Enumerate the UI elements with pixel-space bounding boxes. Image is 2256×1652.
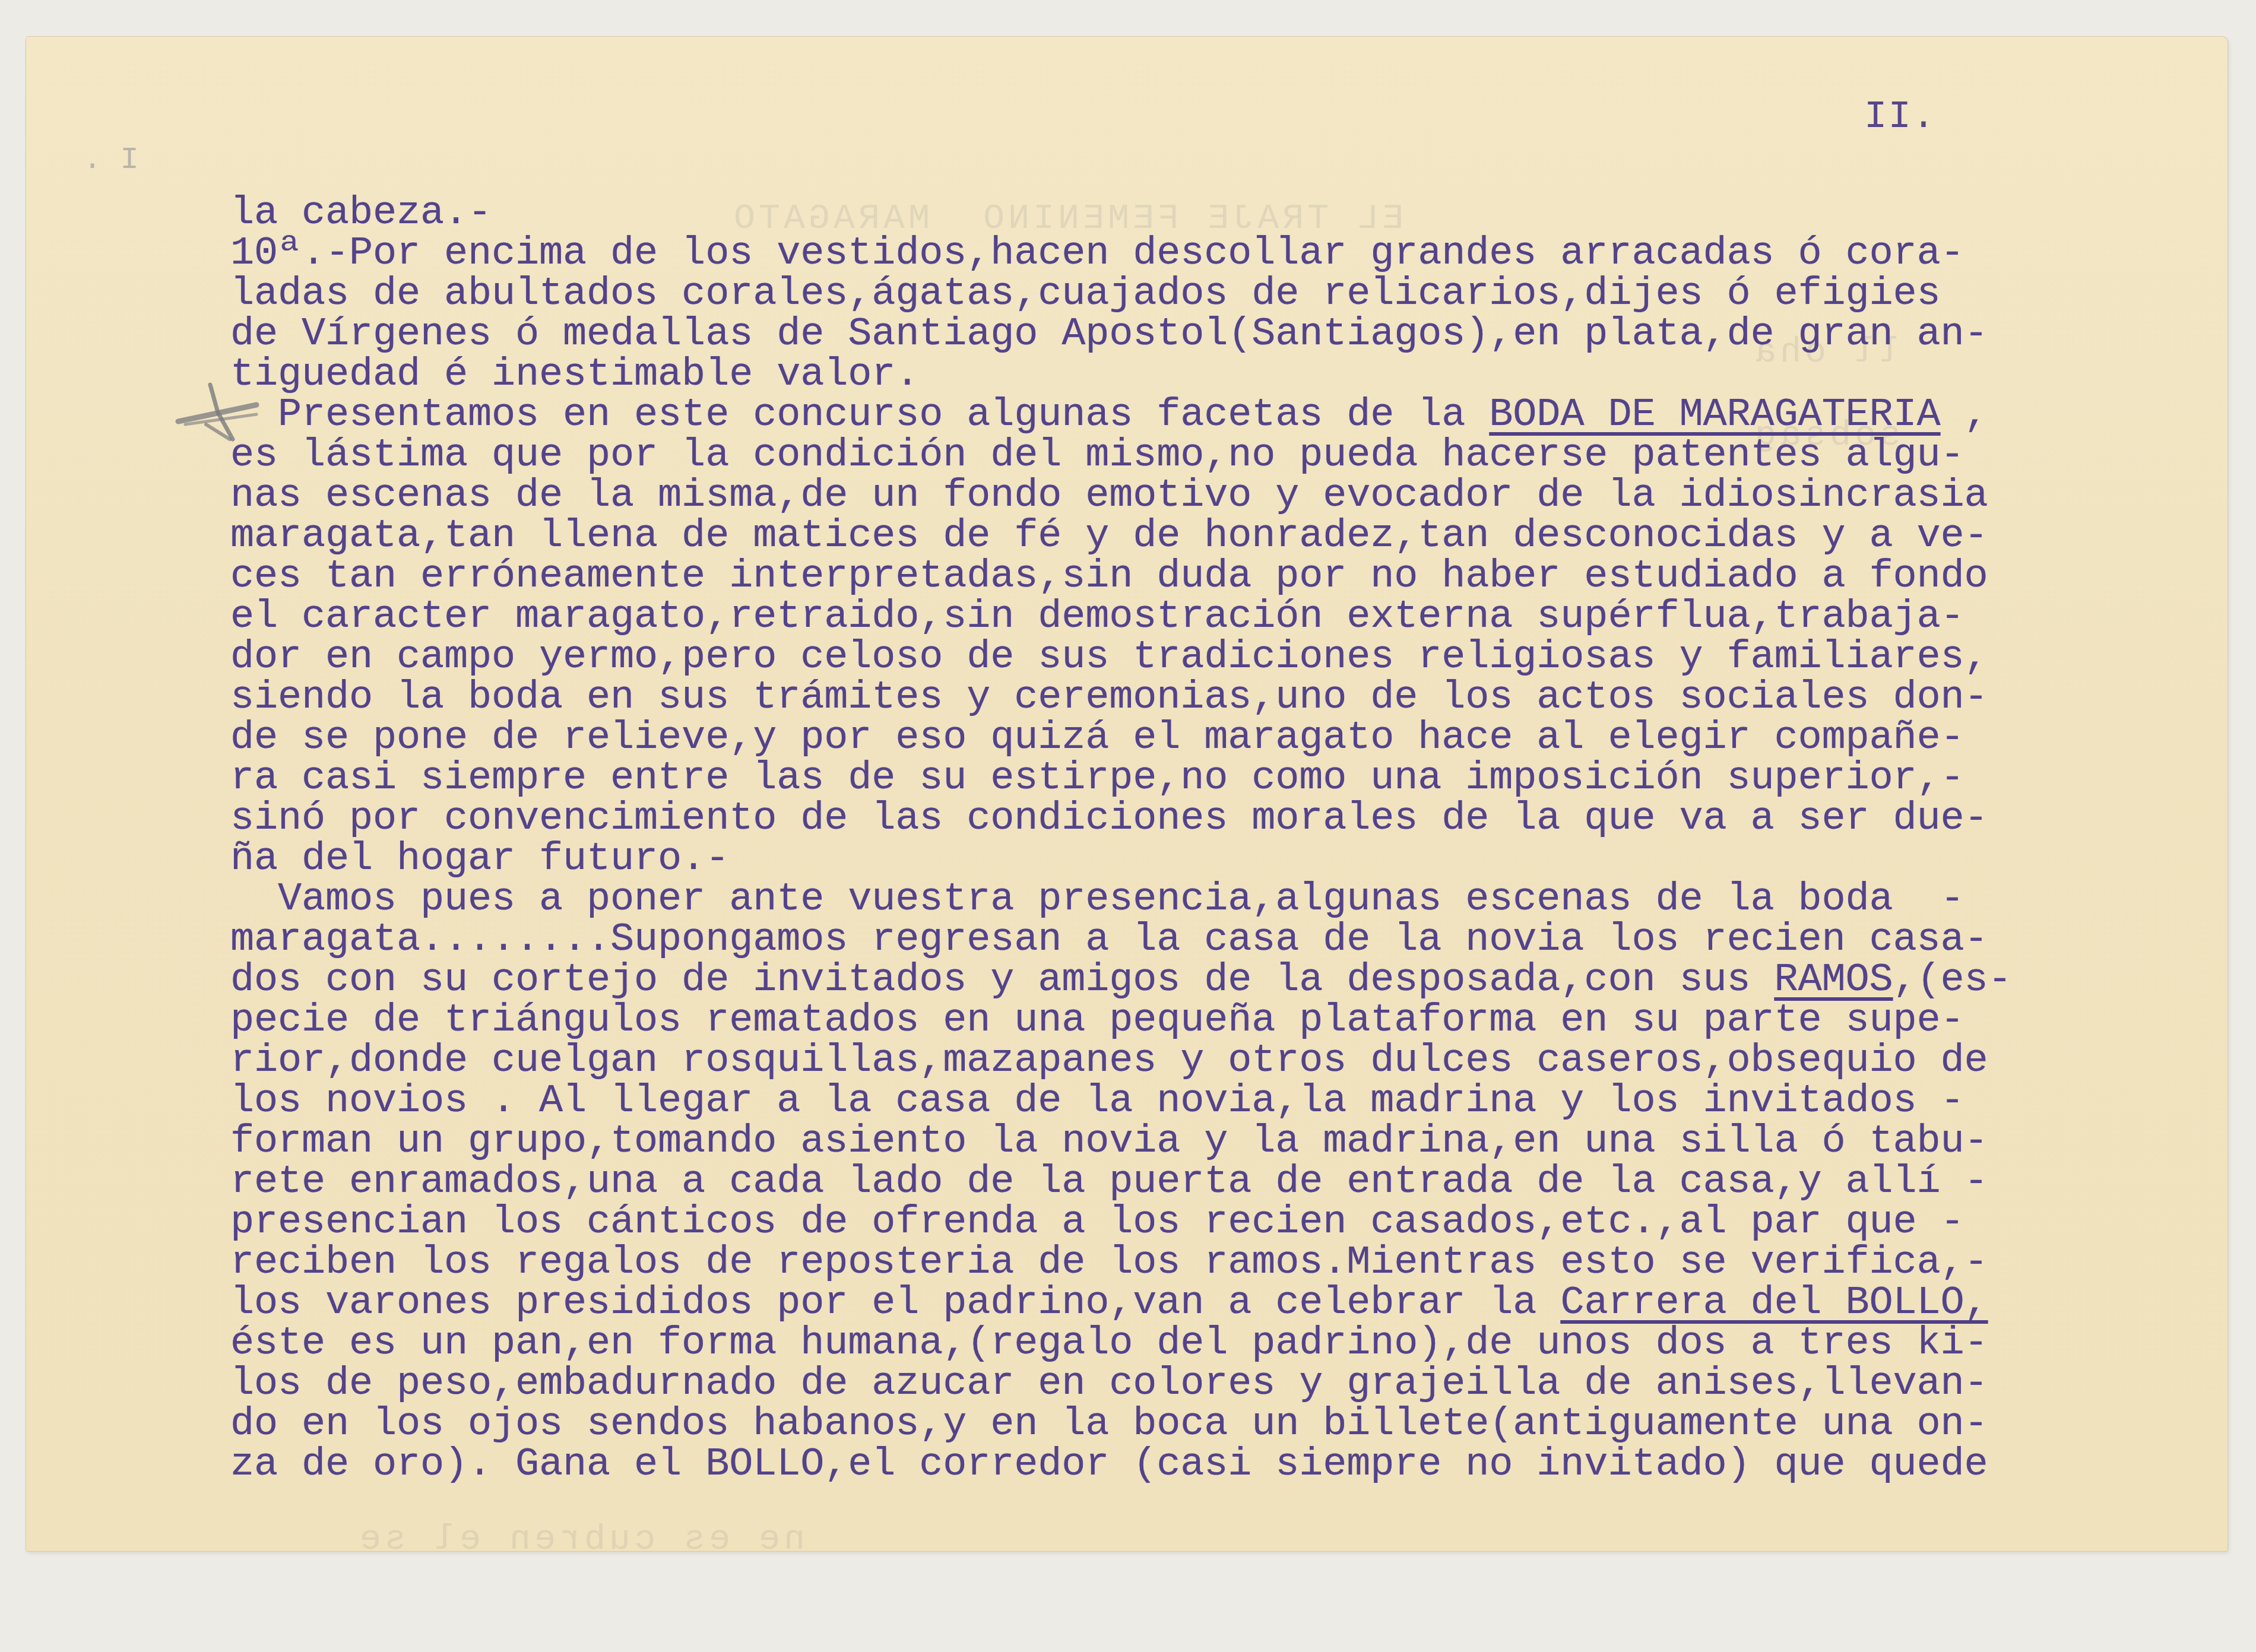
- text-line: los varones presididos por el padrino,va…: [230, 1283, 2071, 1323]
- text-segment: los novios . Al llegar a la casa de la n…: [230, 1079, 1964, 1124]
- text-line: de se pone de relieve,y por eso quizá el…: [230, 718, 2071, 758]
- text-line: reciben los regalos de reposteria de los…: [230, 1242, 2071, 1283]
- text-segment: maragata........Supongamos regresan a la…: [230, 917, 1988, 962]
- underlined-term: Carrera del BOLLO,: [1560, 1280, 1988, 1326]
- margin-fragment: . I: [83, 142, 139, 177]
- text-segment: de Vírgenes ó medallas de Santiago Apost…: [230, 312, 1988, 357]
- text-line: Vamos pues a poner ante vuestra presenci…: [230, 879, 2071, 919]
- text-segment: de se pone de relieve,y por eso quizá el…: [230, 715, 1964, 760]
- text-segment: za de oro). Gana el BOLLO,el corredor (c…: [230, 1442, 1988, 1487]
- page-number: II.: [1864, 96, 1936, 139]
- text-line: éste es un pan,en forma humana,(regalo d…: [230, 1323, 2071, 1364]
- text-segment: la cabeza.-: [230, 191, 492, 236]
- text-segment: presencian los cánticos de ofrenda a los…: [230, 1200, 1964, 1245]
- text-segment: nas escenas de la misma,de un fondo emot…: [230, 473, 1988, 518]
- text-segment: rior,donde cuelgan rosquillas,mazapanes …: [230, 1038, 1988, 1083]
- text-line: presencian los cánticos de ofrenda a los…: [230, 1202, 2071, 1242]
- text-line: ladas de abultados corales,ágatas,cuajad…: [230, 274, 2071, 314]
- text-segment: los varones presididos por el padrino,va…: [230, 1280, 1560, 1326]
- text-segment: do en los ojos sendos habanos,y en la bo…: [230, 1401, 1988, 1447]
- text-line: forman un grupo,tomando asiento la novia…: [230, 1121, 2071, 1162]
- text-line: ra casi siempre entre las de su estirpe,…: [230, 758, 2071, 798]
- text-segment: sinó por convencimiento de las condicion…: [230, 796, 1988, 841]
- text-line: maragata........Supongamos regresan a la…: [230, 919, 2071, 960]
- text-segment: ña del hogar futuro.-: [230, 836, 729, 882]
- text-line: dor en campo yermo,pero celoso de sus tr…: [230, 637, 2071, 677]
- text-segment: ,: [1940, 392, 1988, 437]
- text-line: los de peso,embadurnado de azucar en col…: [230, 1364, 2071, 1404]
- text-segment: ra casi siempre entre las de su estirpe,…: [230, 756, 1964, 801]
- text-segment: éste es un pan,en forma humana,(regalo d…: [230, 1321, 1988, 1366]
- text-line: ces tan erróneamente interpretadas,sin d…: [230, 556, 2071, 597]
- text-segment: los de peso,embadurnado de azucar en col…: [230, 1361, 1988, 1406]
- text-segment: ces tan erróneamente interpretadas,sin d…: [230, 554, 1988, 599]
- text-line: nas escenas de la misma,de un fondo emot…: [230, 475, 2071, 516]
- text-segment: pecie de triángulos rematados en una peq…: [230, 998, 1964, 1043]
- typewritten-body: la cabeza.-10ª.-Por encima de los vestid…: [230, 193, 2071, 1485]
- text-line: sinó por convencimiento de las condicion…: [230, 798, 2071, 839]
- text-line: tiguedad é inestimable valor.: [230, 354, 2071, 395]
- text-line: 10ª.-Por encima de los vestidos,hacen de…: [230, 233, 2071, 274]
- text-segment: es lástima que por la condición del mism…: [230, 433, 1964, 478]
- text-segment: ,(es-: [1893, 957, 2011, 1003]
- text-segment: Vamos pues a poner ante vuestra presenci…: [230, 877, 1964, 922]
- text-line: ña del hogar futuro.-: [230, 839, 2071, 879]
- text-line: el caracter maragato,retraido,sin demost…: [230, 597, 2071, 637]
- text-line: maragata,tan llena de matices de fé y de…: [230, 516, 2071, 556]
- text-segment: siendo la boda en sus trámites y ceremon…: [230, 675, 1988, 720]
- text-segment: el caracter maragato,retraido,sin demost…: [230, 594, 1964, 639]
- text-segment: Presentamos en este concurso algunas fac…: [230, 392, 1489, 437]
- text-line: do en los ojos sendos habanos,y en la bo…: [230, 1404, 2071, 1444]
- text-line: la cabeza.-: [230, 193, 2071, 233]
- text-line: pecie de triángulos rematados en una peq…: [230, 1000, 2071, 1041]
- text-line: rete enramados,una a cada lado de la pue…: [230, 1162, 2071, 1202]
- text-line: Presentamos en este concurso algunas fac…: [230, 395, 2071, 435]
- text-segment: ladas de abultados corales,ágatas,cuajad…: [230, 271, 1940, 316]
- text-segment: maragata,tan llena de matices de fé y de…: [230, 513, 1988, 559]
- underlined-term: BODA DE MARAGATERIA: [1489, 392, 1940, 437]
- text-line: rior,donde cuelgan rosquillas,mazapanes …: [230, 1041, 2071, 1081]
- text-line: dos con su cortejo de invitados y amigos…: [230, 960, 2071, 1000]
- text-line: siendo la boda en sus trámites y ceremon…: [230, 677, 2071, 718]
- text-segment: rete enramados,una a cada lado de la pue…: [230, 1159, 1988, 1204]
- text-segment: dor en campo yermo,pero celoso de sus tr…: [230, 635, 1988, 680]
- underlined-term: RAMOS: [1774, 957, 1893, 1003]
- text-line: es lástima que por la condición del mism…: [230, 435, 2071, 475]
- text-segment: forman un grupo,tomando asiento la novia…: [230, 1119, 1988, 1164]
- text-segment: reciben los regalos de reposteria de los…: [230, 1240, 1988, 1285]
- text-line: de Vírgenes ó medallas de Santiago Apost…: [230, 314, 2071, 354]
- text-line: los novios . Al llegar a la casa de la n…: [230, 1081, 2071, 1121]
- text-segment: tiguedad é inestimable valor.: [230, 352, 919, 397]
- text-segment: dos con su cortejo de invitados y amigos…: [230, 957, 1774, 1003]
- text-segment: 10ª.-Por encima de los vestidos,hacen de…: [230, 231, 1964, 276]
- text-line: za de oro). Gana el BOLLO,el corredor (c…: [230, 1444, 2071, 1485]
